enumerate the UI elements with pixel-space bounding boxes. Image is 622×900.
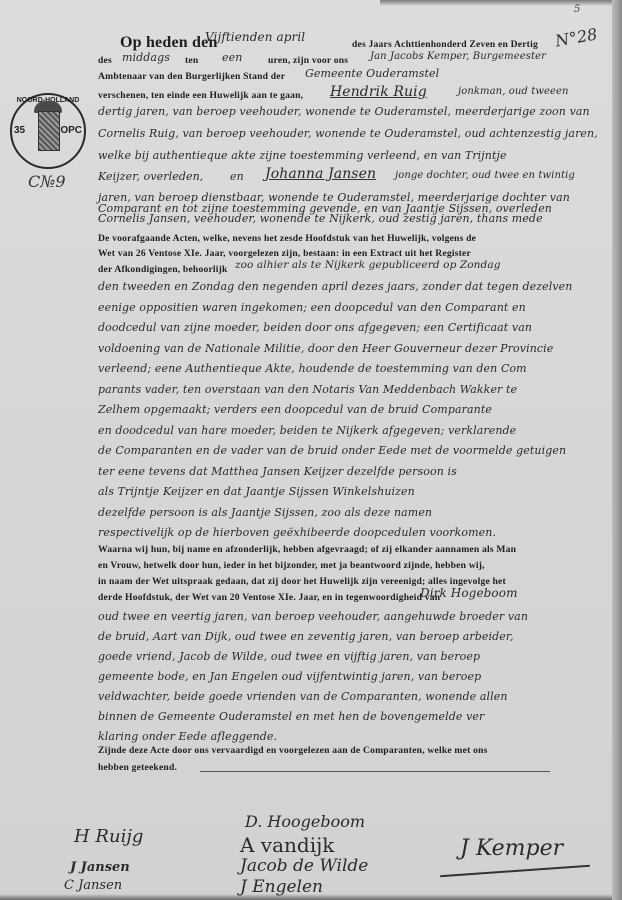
p3-hand-line-1: oud twee en veertig jaren, van beroep ve… [98,610,598,623]
p3-printed-2: en Vrouw, hetwelk door hun, ieder in het… [98,560,485,571]
groom-name: Hendrik Ruig [330,84,427,100]
signature-witness-3: Jacob de Wilde [240,856,368,876]
signature-flourish [440,865,590,877]
p2-hand-inline: zoo alhier als te Nijkerk gepubliceerd o… [235,259,501,271]
line-1-printed: Op heden den [120,34,218,52]
p2-hand-line-1: den tweeden en Zondag den negenden april… [98,280,598,293]
p3-hand-line-3: goede vriend, Jacob de Wilde, oud twee e… [98,650,598,663]
signature-witness-1: D. Hoogeboom [245,812,365,831]
margin-note: C№9 [28,172,66,191]
p3-printed-1: Waarna wij hun, bij name en afzonderlijk… [98,544,516,555]
closing-printed-2: hebben geteekend. [98,762,177,773]
p2-hand-line-4: voldoening van de Nationale Militie, doo… [98,342,598,355]
signature-witness-2: A vandijk [240,833,334,857]
line-3-municipality: Gemeente Ouderamstel [305,67,439,80]
p2-hand-line-7: Zelhem opgemaakt; verders een doopcedul … [98,403,598,416]
bride-name: Johanna Jansen [265,166,376,182]
p3-hand-line-6: binnen de Gemeente Ouderamstel en met he… [98,710,598,723]
line-2-ten: ten [185,55,198,66]
folio-number: 5 [574,4,580,15]
signature-bride-father: C Jansen [64,878,122,893]
line-2-hour: een [222,51,242,64]
signature-bride: J Jansen [70,860,130,875]
p2-hand-line-12: dezelfde persoon is als Jaantje Sijssen,… [98,506,598,519]
scan-edge [612,0,622,900]
hand-line-8c: jonge dochter, oud twee en twintig [395,170,575,181]
p3-hand-line-2: de bruid, Aart van Dijk, oud twee en zev… [98,630,598,643]
line-4-printed: verschenen, ten einde een Huwelijk aan t… [98,90,303,101]
p2-hand-line-11: als Trijntje Keijzer en dat Jaantje Sijs… [98,485,598,498]
hand-line-7: welke bij authentieque akte zijne toeste… [98,149,598,162]
line-2-des: des [98,55,112,66]
stamp-value-left: 35 [14,125,25,136]
signature-rule [200,771,550,772]
coat-of-arms-icon [38,111,60,151]
p3-hand-line-7: klaring onder Eede afleggende. [98,730,598,743]
line-1-date: Vijftienden april [205,30,305,44]
p3-printed-4: derde Hoofdstuk, der Wet van 20 Ventose … [98,592,440,603]
p2-hand-line-10: ter eene tevens dat Matthea Jansen Keijz… [98,465,598,478]
tax-stamp: NOORD-HOLLAND 35 OPC [10,93,86,169]
line-2-uren: uren, zijn voor ons [268,55,348,66]
p2-hand-line-9: de Comparanten en de vader van de bruid … [98,444,598,457]
record-number: N°28 [554,24,599,50]
p2-printed-2: Wet van 26 Ventose XIe. Jaar, voorgeleze… [98,248,471,259]
closing-printed-1: Zijnde deze Acte door ons vervaardigd en… [98,745,488,756]
line-4-hand: jonkman, oud tweeen [458,86,569,97]
stamp-value-right: OPC [60,125,82,136]
hand-line-6: Cornelis Ruig, van beroep veehouder, won… [98,127,598,140]
p2-hand-line-13: respectivelijk op de hierboven geëxhibee… [98,526,598,539]
signature-registrar: J Kemper [460,836,563,861]
p2-hand-line-2: eenige oppositien waren ingekomen; een d… [98,301,598,314]
hand-line-11: Comparant en tot zijne toestemming geven… [98,202,598,215]
document-page: 5 N°28 NOORD-HOLLAND 35 OPC C№9 Op heden… [0,0,612,900]
line-2-mayor: Jan Jacobs Kemper, Burgemeester [370,51,546,62]
signature-groom: H Ruijg [74,826,143,847]
hand-line-5: dertig jaren, van beroep veehouder, wone… [98,105,598,118]
p2-hand-line-8: en doodcedul van hare moeder, beiden te … [98,424,598,437]
p3-hand-line-4: gemeente bode, en Jan Engelen oud vijfen… [98,670,598,683]
p2-printed-3: der Afkondigingen, behoorlijk [98,264,228,275]
p3-hand-line-5: veldwachter, beide goede vrienden van de… [98,690,598,703]
p2-hand-line-6: parants vader, ten overstaan van den Not… [98,383,598,396]
p2-hand-line-3: doodcedul van zijne moeder, beiden door … [98,321,598,334]
hand-line-8b: en [230,170,244,183]
signature-witness-4: J Engelen [240,877,323,897]
hand-line-8a: Keijzer, overleden, [98,170,203,183]
line-3-printed: Ambtenaar van den Burgerlijken Stand der [98,71,285,82]
p2-hand-line-5: verleend; eene Authentieque Akte, houden… [98,362,598,375]
witness-1-name: Dirk Hogeboom [420,586,518,600]
p2-printed-1: De voorafgaande Acten, welke, nevens het… [98,233,476,244]
line-2-middags: middags [122,51,170,64]
line-1-year: des Jaars Achttienhonderd Zeven en Derti… [352,39,538,50]
